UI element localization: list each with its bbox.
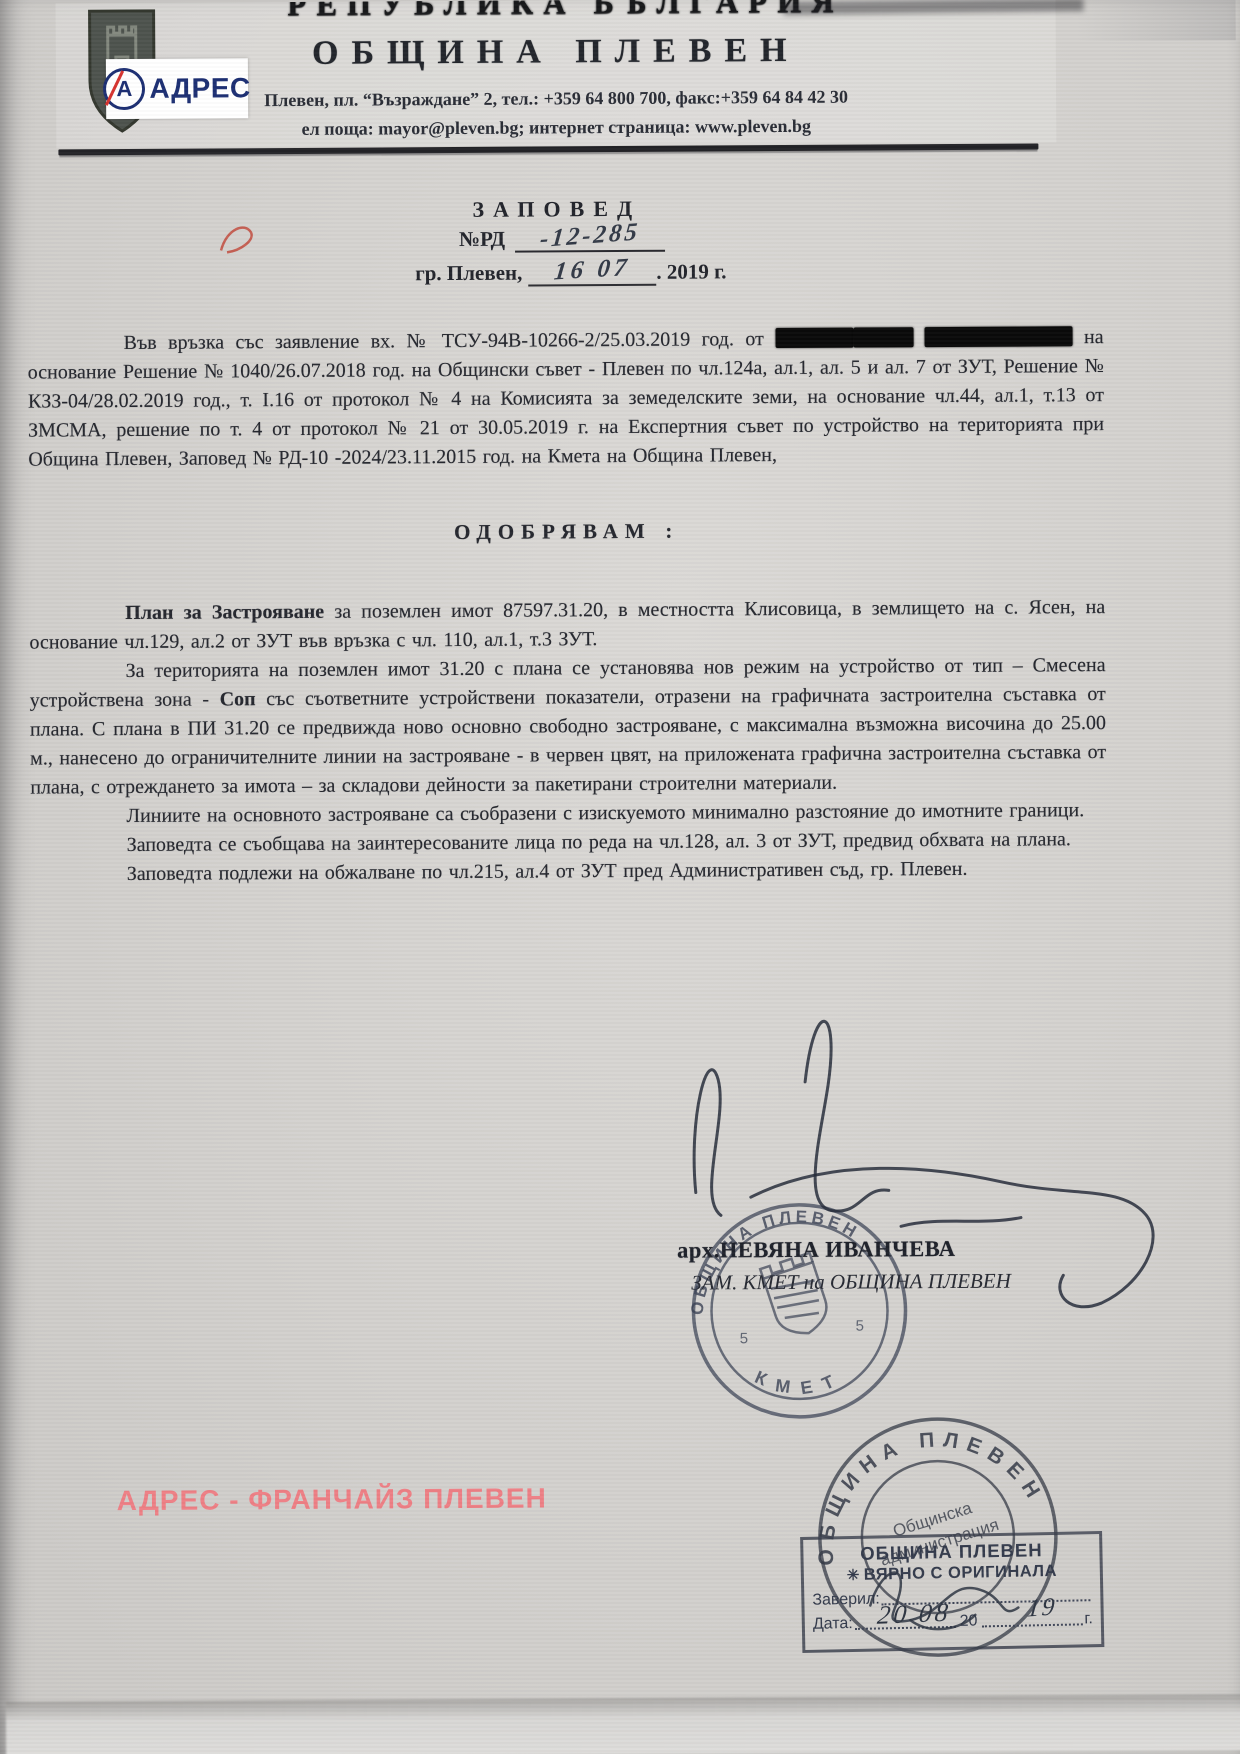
approve-heading: ОДОБРЯВАМ : [29,514,1105,550]
signatory-name: арх.НЕВЯНА ИВАНЧЕВА [677,1236,956,1264]
redaction-bar [925,326,1073,347]
svg-text:КМЕТ: КМЕТ [752,1366,848,1399]
order-date-handwritten: 16 07 [553,254,632,287]
order-date-underline: 16 07 [528,256,656,287]
municipality-title: ОБЩИНА ПЛЕВЕН [0,30,1116,75]
order-number-label: №РД [459,227,505,251]
paragraph-bold-text: План за Застрояване [125,601,324,624]
order-place-label: гр. Плевен, [415,261,522,286]
signatory-role: ЗАМ. КМЕТ на ОБЩИНА ПЛЕВЕН [691,1269,1011,1296]
date-label: Дата: [813,1615,853,1634]
body-paragraph: План за Застрояване за поземлен имот 875… [29,593,1105,658]
year-suffix: г. [1084,1610,1093,1628]
body-paragraph: За територията на поземлен имот 31.20 с … [30,651,1107,803]
document-content: РЕПУБЛИКА БЪЛГАРИЯ А АДРЕС ОБЩИНА ПЛЕВЕН… [0,0,1240,1754]
redaction-bar [775,328,853,348]
scan-bottom-edge [6,1694,1240,1754]
body-paragraph: Заповедта подлежи на обжалване по чл.215… [31,854,1107,890]
signature-scribble [600,984,1202,1360]
order-number-row: №РД-12-285 [459,224,665,255]
order-number-underline: -12-285 [515,222,665,253]
scanned-document-page: РЕПУБЛИКА БЪЛГАРИЯ А АДРЕС ОБЩИНА ПЛЕВЕН… [0,0,1240,1754]
order-date-row: гр. Плевен,16 07. 2019 г. [415,257,727,289]
body-paragraph: Във връзка със заявление вх. № ТСУ-94В-1… [28,323,1105,475]
date-handwritten-year: 19 [1026,1593,1058,1623]
paragraph-text: Във връзка със заявление вх. № ТСУ-94В-1… [124,328,764,354]
red-pen-mark [211,216,271,262]
order-year-label: . 2019 г. [656,259,726,283]
stamp-bottom-text: КМЕТ [752,1366,848,1399]
order-number-handwritten: -12-285 [539,218,642,254]
order-body: Във връзка със заявление вх. № ТСУ-94В-1… [28,323,1107,890]
franchise-watermark: АДРЕС - ФРАНЧАЙЗ ПЛЕВЕН [117,1482,547,1517]
country-name: РЕПУБЛИКА БЪЛГАРИЯ [287,0,844,23]
redaction-bar [853,327,913,347]
order-title: ЗАПОВЕД [0,193,1117,226]
certifier-signature-scribble [850,1550,1031,1641]
paragraph-bold-text: Соп [220,688,256,710]
